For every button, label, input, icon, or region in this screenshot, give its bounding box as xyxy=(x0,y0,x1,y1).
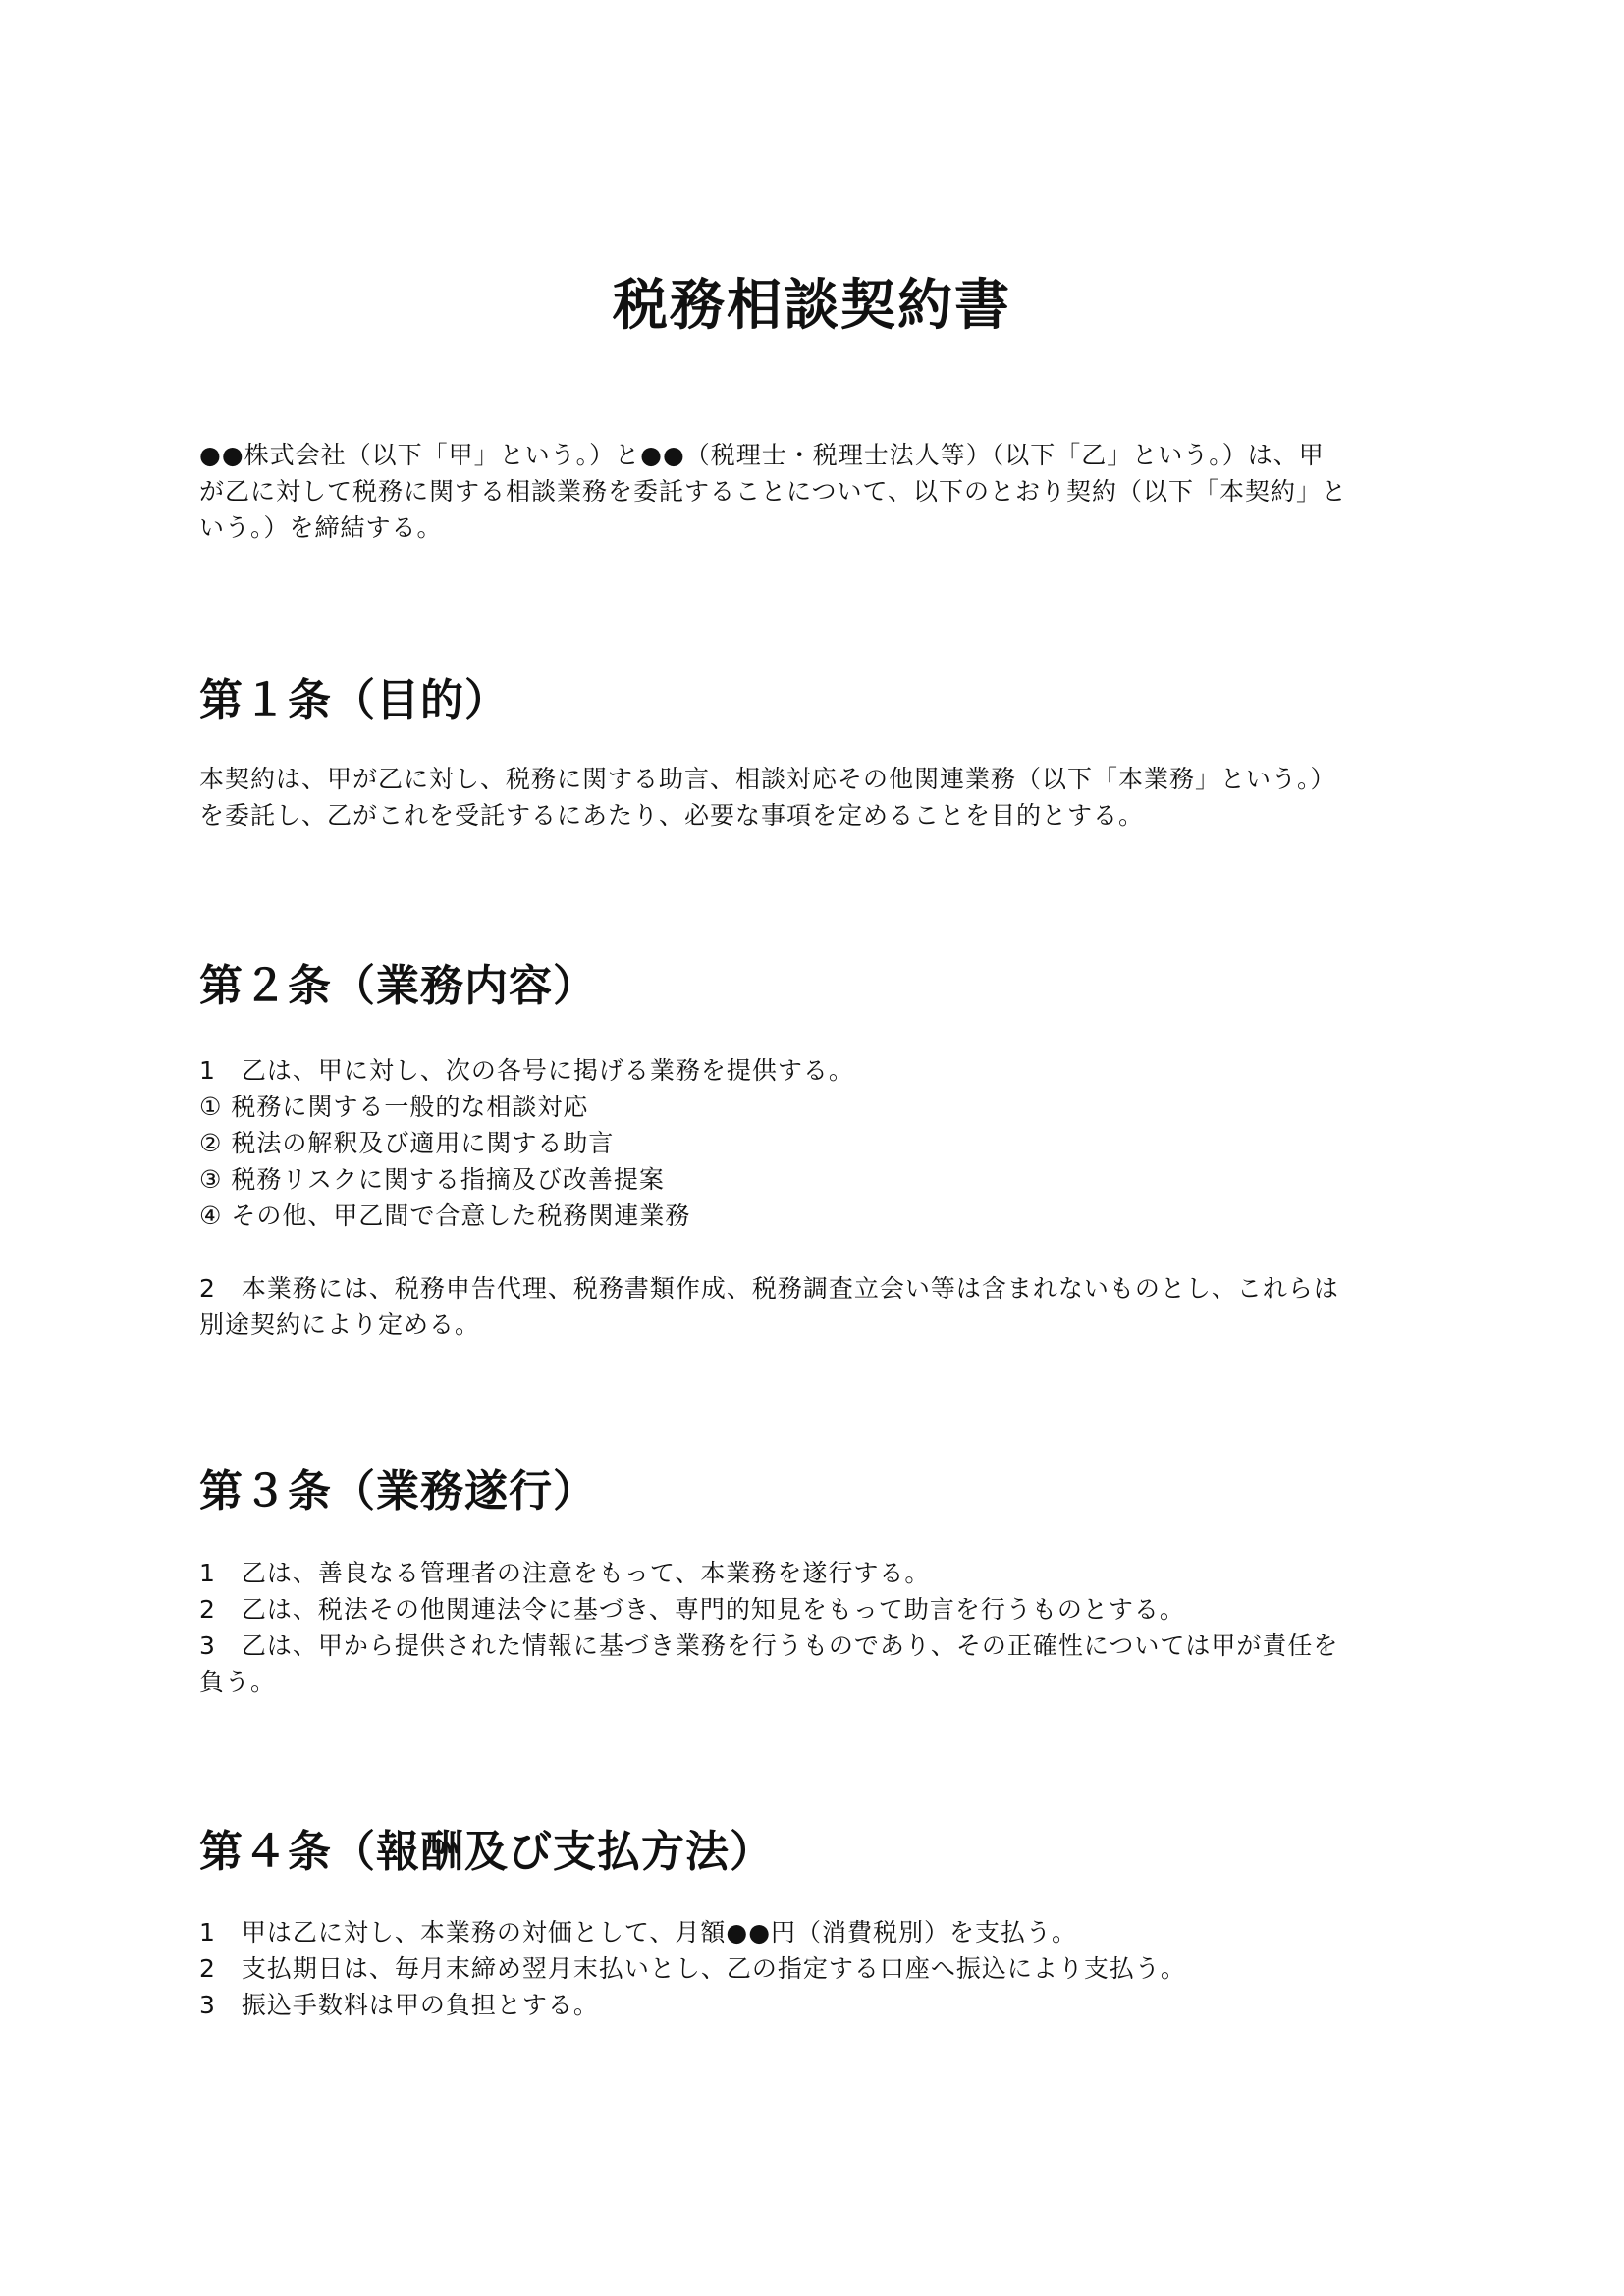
preamble-line: が乙に対して税務に関する相談業務を委託することについて、以下のとおり契約（以下「… xyxy=(199,473,1436,509)
article-line: 2 本業務には、税務申告代理、税務書類作成、税務調査立会い等は含まれないものとし… xyxy=(199,1270,1436,1307)
article-3-heading: 第３条（業務遂行） xyxy=(199,1463,597,1522)
article-line: 3 振込手数料は甲の負担とする。 xyxy=(199,1987,1436,2023)
list-item: ④ その他、甲乙間で合意した税務関連業務 xyxy=(199,1198,1436,1234)
list-item: ② 税法の解釈及び適用に関する助言 xyxy=(199,1125,1436,1161)
article-line: 本契約は、甲が乙に対し、税務に関する助言、相談対応その他関連業務（以下「本業務」… xyxy=(199,761,1436,797)
article-3-body: 1 乙は、善良なる管理者の注意をもって、本業務を遂行する。 2 乙は、税法その他… xyxy=(199,1555,1436,1700)
article-4-body: 1 甲は乙に対し、本業務の対価として、月額●●円（消費税別）を支払う。 2 支払… xyxy=(199,1914,1436,2023)
article-2-clause-2: 2 本業務には、税務申告代理、税務書類作成、税務調査立会い等は含まれないものとし… xyxy=(199,1270,1436,1343)
article-line: 負う。 xyxy=(199,1664,1436,1700)
preamble-line: いう。）を締結する。 xyxy=(199,509,1436,546)
article-4-heading: 第４条（報酬及び支払方法） xyxy=(199,1823,774,1882)
preamble-line: ●●株式会社（以下「甲」という。）と●●（税理士・税理士法人等）（以下「乙」とい… xyxy=(199,437,1436,473)
article-line: 1 甲は乙に対し、本業務の対価として、月額●●円（消費税別）を支払う。 xyxy=(199,1914,1436,1950)
article-2-body: 1 乙は、甲に対し、次の各号に掲げる業務を提供する。 ① 税務に関する一般的な相… xyxy=(199,1052,1436,1234)
document-page: 税務相談契約書 ●●株式会社（以下「甲」という。）と●●（税理士・税理士法人等）… xyxy=(0,0,1624,2296)
article-line: 2 支払期日は、毎月末締め翌月末払いとし、乙の指定する口座へ振込により支払う。 xyxy=(199,1950,1436,1987)
article-line: 2 乙は、税法その他関連法令に基づき、専門的知見をもって助言を行うものとする。 xyxy=(199,1591,1436,1628)
article-line: 別途契約により定める。 xyxy=(199,1307,1436,1343)
list-item: ① 税務に関する一般的な相談対応 xyxy=(199,1089,1436,1125)
list-item: ③ 税務リスクに関する指摘及び改善提案 xyxy=(199,1161,1436,1198)
article-2-heading: 第２条（業務内容） xyxy=(199,957,597,1016)
preamble-paragraph: ●●株式会社（以下「甲」という。）と●●（税理士・税理士法人等）（以下「乙」とい… xyxy=(199,437,1436,546)
article-1-heading: 第１条（目的） xyxy=(199,671,509,730)
article-line: 3 乙は、甲から提供された情報に基づき業務を行うものであり、その正確性については… xyxy=(199,1628,1436,1664)
article-line: 1 乙は、善良なる管理者の注意をもって、本業務を遂行する。 xyxy=(199,1555,1436,1591)
article-line: を委託し、乙がこれを受託するにあたり、必要な事項を定めることを目的とする。 xyxy=(199,797,1436,833)
article-line: 1 乙は、甲に対し、次の各号に掲げる業務を提供する。 xyxy=(199,1052,1436,1089)
article-1-body: 本契約は、甲が乙に対し、税務に関する助言、相談対応その他関連業務（以下「本業務」… xyxy=(199,761,1436,833)
document-title: 税務相談契約書 xyxy=(0,267,1624,346)
